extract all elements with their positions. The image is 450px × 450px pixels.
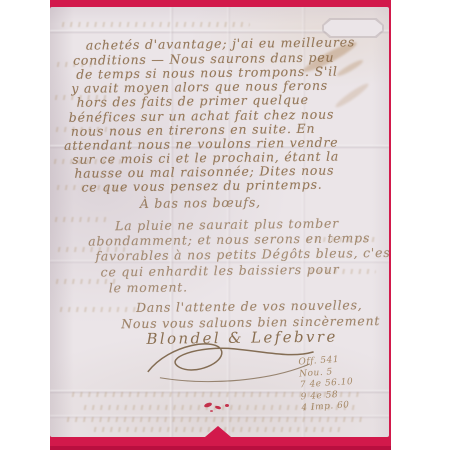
closing-line: Dans l'attente de vos nouvelles, bbox=[136, 297, 363, 315]
handwriting-line: ce que vous pensez du printemps. bbox=[81, 177, 322, 195]
scan-background-shade bbox=[50, 446, 391, 450]
notation-line: 4 Imp. 60 bbox=[301, 400, 355, 415]
scan-background: achetés d'avantage; j'ai eu meilleures c… bbox=[50, 0, 391, 450]
paper-sheet: achetés d'avantage; j'ai eu meilleures c… bbox=[50, 7, 389, 437]
wax-seal-remnant bbox=[210, 410, 213, 412]
handwriting-layer: achetés d'avantage; j'ai eu meilleures c… bbox=[50, 7, 389, 437]
handwriting-line: ce qui enhardit les baissiers pour bbox=[101, 262, 340, 280]
letter-photo: achetés d'avantage; j'ai eu meilleures c… bbox=[0, 0, 450, 450]
wax-seal-remnant bbox=[225, 404, 229, 407]
paper-notch bbox=[205, 426, 231, 437]
handwriting-line: le moment. bbox=[109, 279, 188, 295]
salutation-line: À bas nos bœufs, bbox=[140, 194, 261, 210]
postal-notations: Off. 541 Nou. 5 7 4e 56.10 9 4e 58 4 Imp… bbox=[298, 354, 355, 415]
handwriting-line: favorables à nos petits Dégôts bleus, c'… bbox=[95, 245, 389, 264]
signature-flourish bbox=[139, 336, 322, 388]
